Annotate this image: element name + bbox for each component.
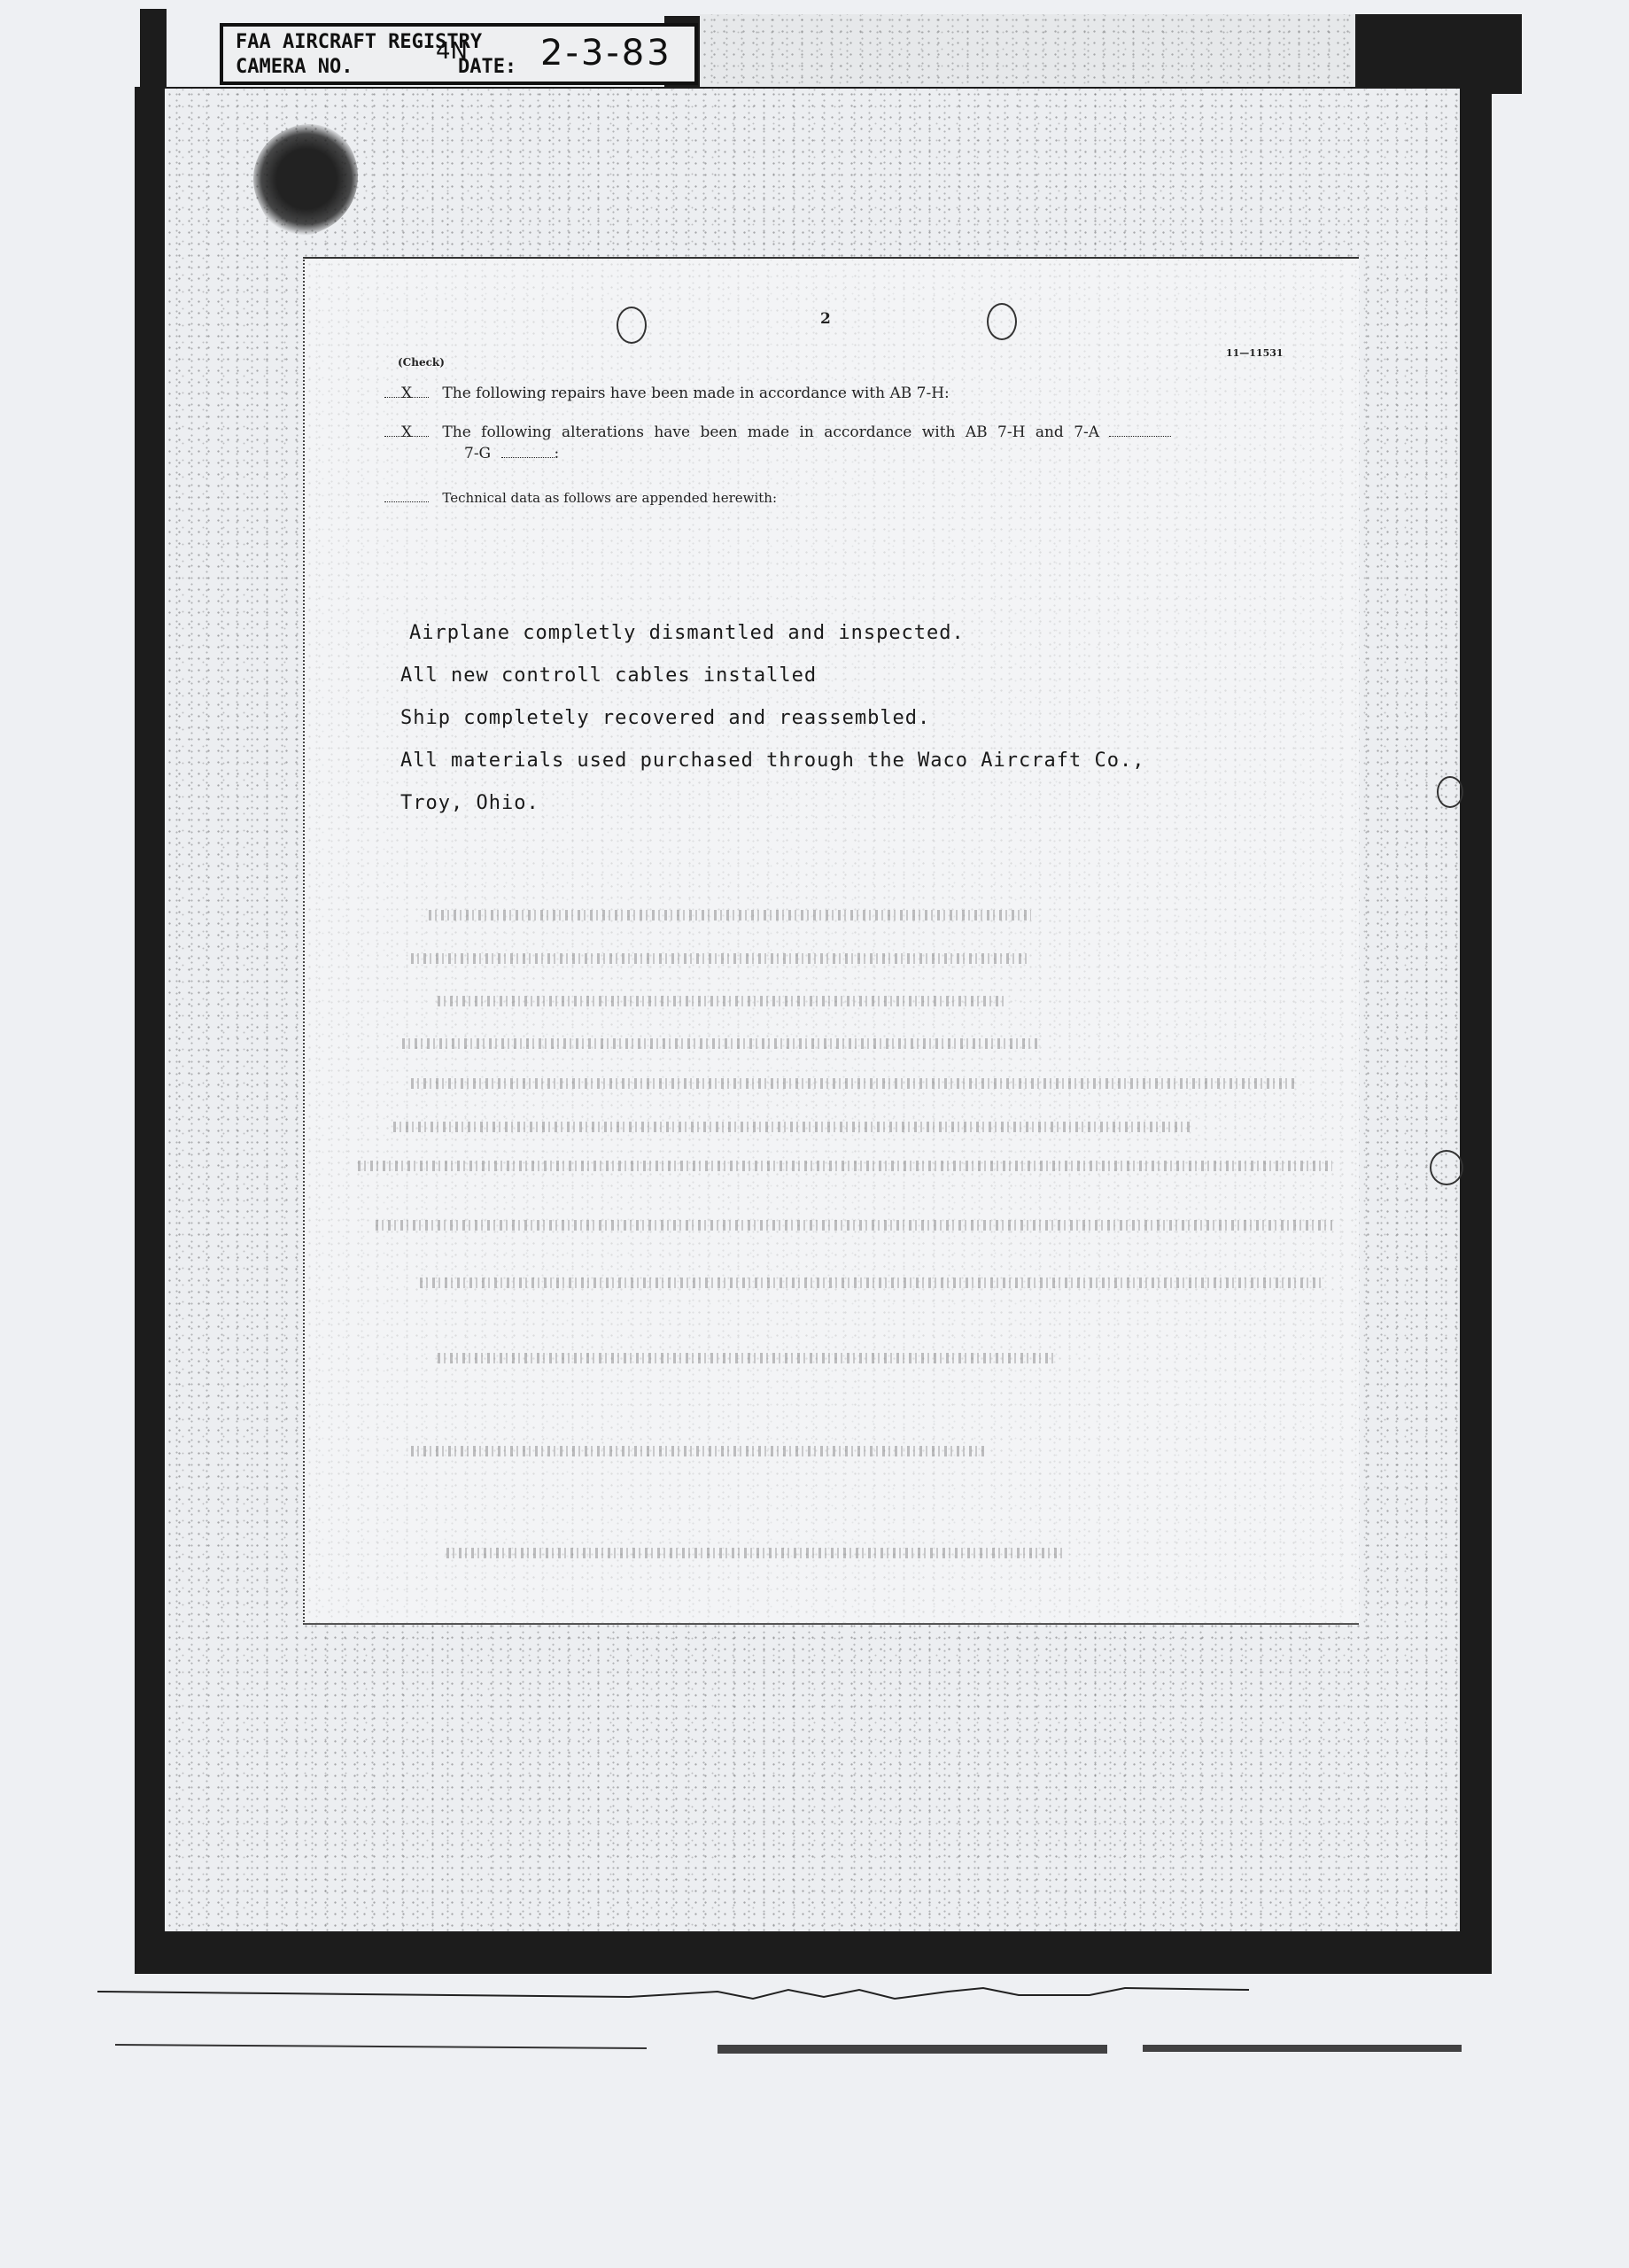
alterations-continuation: 7-G : bbox=[464, 445, 559, 462]
bleed-through-line bbox=[411, 1446, 987, 1456]
punch-hole-right-low bbox=[1430, 1150, 1463, 1185]
alterations-check-mark: X bbox=[384, 423, 429, 437]
alterations-text: The following alterations have been made… bbox=[442, 423, 1099, 441]
top-strip bbox=[700, 14, 1355, 87]
form-sheet: 2 11—11531 (Check) X The following repai… bbox=[303, 257, 1359, 1625]
bleed-through-line bbox=[393, 1122, 1191, 1132]
alterations-continuation-text: 7-G bbox=[464, 445, 491, 462]
bottom-scan-artifact bbox=[115, 2038, 1506, 2064]
checklist-item-alterations: X The following alterations have been ma… bbox=[384, 423, 1171, 441]
frame-top-right-bar bbox=[1354, 14, 1522, 94]
bleed-through-line bbox=[420, 1278, 1323, 1288]
stamp-camera-number: 4N bbox=[436, 39, 468, 64]
typed-line-4: All materials used purchased through the… bbox=[400, 750, 1144, 772]
punch-hole-right bbox=[987, 303, 1017, 340]
typed-line-5: Troy, Ohio. bbox=[400, 792, 539, 814]
top-strip-noise bbox=[700, 14, 1355, 87]
bleed-through-line bbox=[429, 910, 1031, 920]
bleed-through-line bbox=[411, 1078, 1297, 1089]
sheet-noise bbox=[305, 259, 1359, 1623]
bleed-through-line bbox=[438, 1353, 1058, 1363]
stamp-camera-label: CAMERA NO. bbox=[236, 56, 353, 78]
checklist-item-technical-data: Technical data as follows are appended h… bbox=[384, 489, 777, 507]
check-label: (Check) bbox=[398, 356, 445, 369]
registry-stamp: FAA AIRCRAFT REGISTRY CAMERA NO. DATE: 4… bbox=[220, 23, 698, 85]
bleed-through-line bbox=[411, 953, 1031, 964]
bleed-through-line bbox=[438, 996, 1005, 1006]
technical-data-text: Technical data as follows are appended h… bbox=[442, 490, 777, 506]
page-number: 2 bbox=[820, 310, 831, 328]
punch-hole-left bbox=[617, 307, 647, 344]
frame-top-left-bar bbox=[140, 9, 167, 97]
typed-line-1: Airplane completly dismantled and inspec… bbox=[409, 622, 965, 644]
bleed-through-line bbox=[358, 1161, 1332, 1171]
bleed-through-line bbox=[376, 1220, 1332, 1231]
stamp-date: 2-3-83 bbox=[540, 41, 672, 66]
form-number: 11—11531 bbox=[1226, 347, 1284, 359]
bleed-through-line bbox=[402, 1038, 1040, 1049]
punch-hole-right-mid bbox=[1437, 776, 1463, 808]
typed-line-3: Ship completely recovered and reassemble… bbox=[400, 707, 930, 729]
bottom-scan-artifact bbox=[97, 1984, 1444, 2002]
typed-line-2: All new controll cables installed bbox=[400, 664, 817, 687]
technical-data-check-mark bbox=[384, 489, 429, 502]
bleed-through-line bbox=[446, 1548, 1067, 1558]
checklist-item-repairs: X The following repairs have been made i… bbox=[384, 384, 950, 402]
repairs-text: The following repairs have been made in … bbox=[442, 384, 949, 402]
photocopy-page: 2 11—11531 (Check) X The following repai… bbox=[165, 89, 1460, 1931]
repairs-check-mark: X bbox=[384, 384, 429, 398]
